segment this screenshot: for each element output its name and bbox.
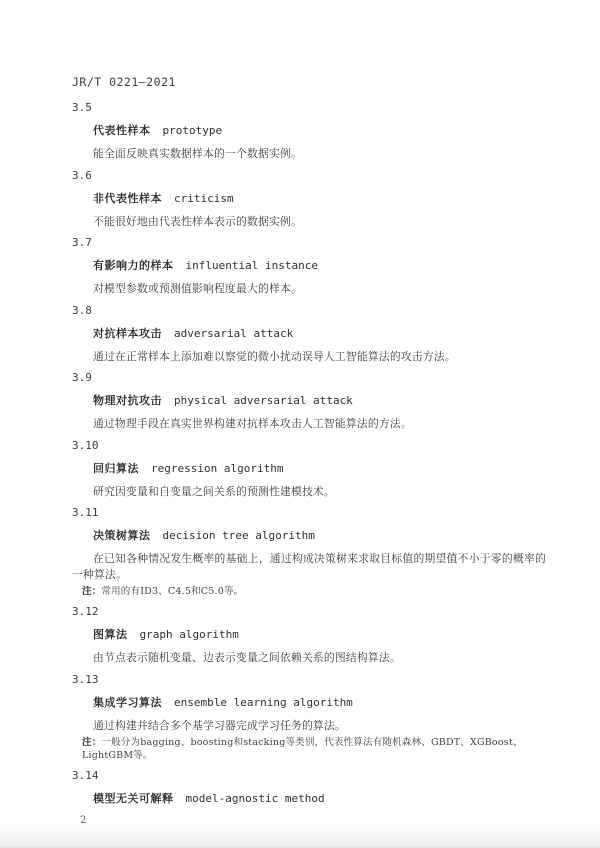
term-line: 有影响力的样本influential instance bbox=[72, 256, 546, 273]
term-definition: 通过在正常样本上添加难以察觉的微小扰动误导人工智能算法的攻击方法。 bbox=[72, 349, 546, 365]
term-chinese: 有影响力的样本 bbox=[93, 259, 174, 272]
term-english: influential instance bbox=[186, 259, 318, 272]
scanned-document-page: JR/T 0221—2021 3.5 代表性样本prototype 能全面反映真… bbox=[0, 0, 600, 848]
term-line: 物理对抗攻击physical adversarial attack bbox=[72, 391, 546, 408]
term-english: physical adversarial attack bbox=[174, 394, 353, 407]
term-section: 3.9 物理对抗攻击physical adversarial attack 通过… bbox=[72, 370, 546, 432]
term-line: 对抗样本攻击adversarial attack bbox=[72, 324, 546, 341]
section-number: 3.7 bbox=[72, 235, 546, 250]
section-number: 3.13 bbox=[72, 672, 546, 687]
term-english: ensemble learning algorithm bbox=[174, 696, 353, 709]
term-section: 3.5 代表性样本prototype 能全面反映真实数据样本的一个数据实例。 bbox=[72, 100, 546, 162]
term-definition: 对模型参数或预测值影响程度最大的样本。 bbox=[72, 281, 546, 297]
term-definition: 由节点表示随机变量、边表示变量之间依赖关系的图结构算法。 bbox=[72, 650, 546, 666]
page-number: 2 bbox=[80, 814, 546, 828]
term-english: adversarial attack bbox=[174, 327, 293, 340]
note-body: 一般分为bagging、boosting和stacking等类别，代表性算法有随… bbox=[82, 737, 523, 761]
term-chinese: 回归算法 bbox=[93, 462, 139, 475]
term-section: 3.8 对抗样本攻击adversarial attack 通过在正常样本上添加难… bbox=[72, 303, 546, 365]
term-chinese: 集成学习算法 bbox=[93, 696, 162, 709]
document-content: JR/T 0221—2021 3.5 代表性样本prototype 能全面反映真… bbox=[72, 75, 546, 828]
term-definition: 能全面反映真实数据样本的一个数据实例。 bbox=[72, 146, 546, 162]
term-definition: 不能很好地由代表性样本表示的数据实例。 bbox=[72, 214, 546, 230]
term-section: 3.6 非代表性样本criticism 不能很好地由代表性样本表示的数据实例。 bbox=[72, 168, 546, 230]
term-definition: 研究因变量和自变量之间关系的预测性建模技术。 bbox=[72, 484, 546, 500]
term-definition: 通过构建并结合多个基学习器完成学习任务的算法。 bbox=[72, 718, 546, 734]
term-line: 非代表性样本criticism bbox=[72, 189, 546, 206]
document-code-header: JR/T 0221—2021 bbox=[72, 75, 546, 90]
term-english: graph algorithm bbox=[140, 628, 239, 641]
term-english: model-agnostic method bbox=[186, 792, 325, 805]
section-number: 3.5 bbox=[72, 100, 546, 115]
term-english: decision tree algorithm bbox=[163, 529, 315, 542]
term-line: 集成学习算法ensemble learning algorithm bbox=[72, 693, 546, 710]
terminology-sections: 3.5 代表性样本prototype 能全面反映真实数据样本的一个数据实例。 3… bbox=[72, 100, 546, 806]
term-chinese: 图算法 bbox=[93, 628, 128, 641]
note-body: 常用的有ID3、C4.5和C5.0等。 bbox=[101, 586, 243, 597]
section-number: 3.14 bbox=[72, 768, 546, 783]
note-label: 注： bbox=[82, 586, 101, 597]
term-note: 注：一般分为bagging、boosting和stacking等类别，代表性算法… bbox=[82, 736, 546, 762]
term-chinese: 模型无关可解释 bbox=[93, 792, 174, 805]
term-chinese: 非代表性样本 bbox=[93, 192, 162, 205]
term-line: 图算法graph algorithm bbox=[72, 625, 546, 642]
term-note: 注：常用的有ID3、C4.5和C5.0等。 bbox=[82, 585, 546, 598]
term-section: 3.10 回归算法regression algorithm 研究因变量和自变量之… bbox=[72, 438, 546, 500]
term-section: 3.7 有影响力的样本influential instance 对模型参数或预测… bbox=[72, 235, 546, 297]
term-chinese: 物理对抗攻击 bbox=[93, 394, 162, 407]
section-number: 3.9 bbox=[72, 370, 546, 385]
term-line: 决策树算法decision tree algorithm bbox=[72, 526, 546, 543]
section-number: 3.11 bbox=[72, 505, 546, 520]
term-definition: 在已知各种情况发生概率的基础上，通过构成决策树来求取目标值的期望值不小于零的概率… bbox=[72, 551, 546, 582]
term-chinese: 代表性样本 bbox=[93, 124, 151, 137]
term-line: 回归算法regression algorithm bbox=[72, 459, 546, 476]
term-line: 代表性样本prototype bbox=[72, 121, 546, 138]
term-chinese: 对抗样本攻击 bbox=[93, 327, 162, 340]
term-section: 3.14 模型无关可解释model-agnostic method bbox=[72, 768, 546, 806]
term-english: criticism bbox=[174, 192, 234, 205]
term-line: 模型无关可解释model-agnostic method bbox=[72, 789, 546, 806]
term-definition: 通过物理手段在真实世界构建对抗样本攻击人工智能算法的方法。 bbox=[72, 416, 546, 432]
term-section: 3.12 图算法graph algorithm 由节点表示随机变量、边表示变量之… bbox=[72, 604, 546, 666]
section-number: 3.6 bbox=[72, 168, 546, 183]
term-section: 3.11 决策树算法decision tree algorithm 在已知各种情… bbox=[72, 505, 546, 598]
note-label: 注： bbox=[82, 737, 101, 748]
term-section: 3.13 集成学习算法ensemble learning algorithm 通… bbox=[72, 672, 546, 763]
term-english: prototype bbox=[163, 124, 223, 137]
term-chinese: 决策树算法 bbox=[93, 529, 151, 542]
section-number: 3.8 bbox=[72, 303, 546, 318]
section-number: 3.10 bbox=[72, 438, 546, 453]
term-english: regression algorithm bbox=[151, 462, 283, 475]
section-number: 3.12 bbox=[72, 604, 546, 619]
